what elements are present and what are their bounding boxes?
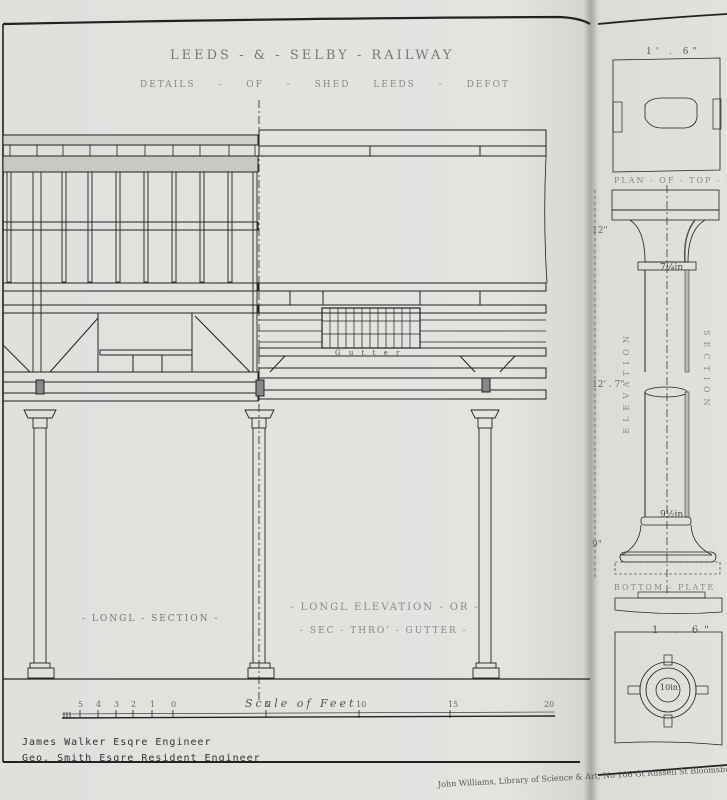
resident-engineer-credit: Geo. Smith Esqre Resident Engineer bbox=[22, 753, 261, 764]
bottom-diameter-label: 9½in bbox=[660, 510, 683, 520]
scale-tick: 3 bbox=[114, 700, 119, 709]
bottom-plate-dimension: 1 . 6" bbox=[652, 625, 715, 636]
shaft-height-label: 12' . 7" bbox=[592, 380, 624, 390]
bottom-plate-label: BOTTOM - PLATE bbox=[614, 583, 715, 592]
scale-tick: 15 bbox=[448, 700, 458, 709]
long-elevation-label: - LONGL ELEVATION - OR - bbox=[290, 602, 480, 613]
drawing-subtitle: DETAILS - OF - SHED LEEDS - DEFOT bbox=[140, 80, 510, 90]
scale-tick: 4 bbox=[96, 700, 101, 709]
section-thro-gutter-label: - SEC - THRO' - GUTTER - bbox=[300, 626, 468, 636]
scale-tick: 2 bbox=[131, 700, 136, 709]
section-label: SECTION bbox=[702, 330, 711, 412]
top-diameter-label: 7¼in bbox=[660, 263, 683, 273]
drawing-title: LEEDS - & - SELBY - RAILWAY bbox=[170, 48, 454, 63]
scale-tick: 5 bbox=[78, 700, 83, 709]
scale-tick: 5 bbox=[264, 700, 269, 709]
base-height-label: 9" bbox=[592, 540, 602, 550]
scale-tick: 20 bbox=[544, 700, 554, 709]
scale-label: Scale of Feet bbox=[245, 697, 356, 710]
engineer-credit: James Walker Esqre Engineer bbox=[22, 737, 212, 748]
cap-height-label: 12" bbox=[592, 226, 608, 236]
scale-tick: 1 bbox=[150, 700, 155, 709]
scale-tick: 0 bbox=[171, 700, 176, 709]
long-section-label: - LONGL - SECTION - bbox=[82, 614, 219, 624]
base-diameter-label: 10in bbox=[660, 683, 678, 692]
gutter-label: G u t t e r bbox=[335, 349, 402, 357]
plan-top-plate-label: PLAN - OF - TOP - PLATE bbox=[614, 176, 727, 185]
engineering-drawing bbox=[0, 0, 727, 800]
scale-tick: 10 bbox=[356, 700, 366, 709]
top-plate-dimension: 1' . 6" bbox=[646, 47, 701, 57]
